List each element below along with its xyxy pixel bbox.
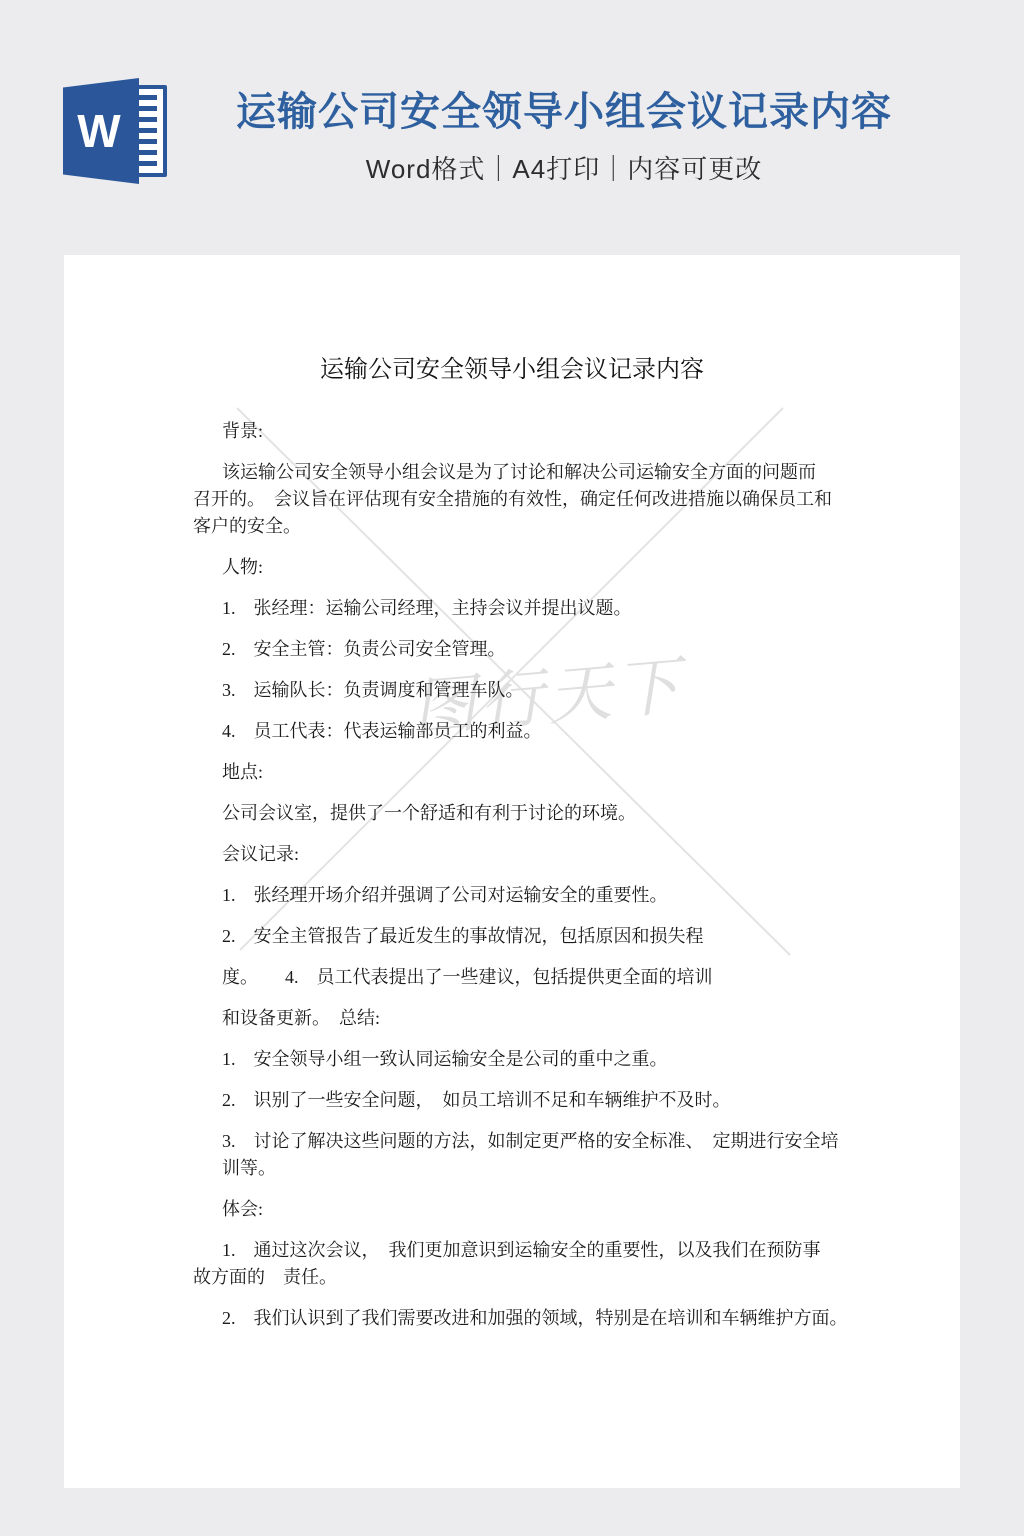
- paragraph-block: 2. 识别了一些安全问题， 如员工培训不足和车辆维护不及时。: [193, 1087, 830, 1114]
- doc-text-line: 3. 讨论了解决这些问题的方法，如制定更严格的安全标准、 定期进行安全培: [193, 1128, 830, 1155]
- doc-text-line: 1. 张经理开场介绍并强调了公司对运输安全的重要性。: [193, 882, 830, 909]
- paragraph-block: 公司会议室，提供了一个舒适和有利于讨论的环境。: [193, 800, 830, 827]
- header-text-block: 运输公司安全领导小组会议记录内容 Word格式｜A4打印｜内容可更改: [104, 88, 1024, 186]
- paragraph-block: 1. 通过这次会议， 我们更加意识到运输安全的重要性，以及我们在预防事故方面的 …: [193, 1237, 830, 1291]
- paragraph-block: 1. 安全领导小组一致认同运输安全是公司的重中之重。: [193, 1046, 830, 1073]
- doc-text-line: 1. 安全领导小组一致认同运输安全是公司的重中之重。: [193, 1046, 830, 1073]
- paragraph-block: 4. 员工代表：代表运输部员工的利益。: [193, 718, 830, 745]
- paragraph-block: 度。 4. 员工代表提出了一些建议，包括提供更全面的培训: [193, 964, 830, 991]
- page-subtitle: Word格式｜A4打印｜内容可更改: [104, 149, 1024, 186]
- page-title: 运输公司安全领导小组会议记录内容: [104, 88, 1024, 136]
- document-title: 运输公司安全领导小组会议记录内容: [64, 355, 960, 385]
- paragraph-block: 2. 我们认识到了我们需要改进和加强的领域，特别是在培训和车辆维护方面。: [193, 1305, 830, 1332]
- doc-text-line: 故方面的 责任。: [193, 1264, 830, 1291]
- doc-text-line: 和设备更新。 总结:: [193, 1005, 830, 1032]
- paragraph-block: 人物:: [193, 554, 830, 581]
- paragraph-block: 3. 讨论了解决这些问题的方法，如制定更严格的安全标准、 定期进行安全培训等。: [193, 1128, 830, 1182]
- paragraph-block: 1. 张经理：运输公司经理，主持会议并提出议题。: [193, 595, 830, 622]
- document-page: 图行天下 运输公司安全领导小组会议记录内容 背景:该运输公司安全领导小组会议是为…: [64, 255, 960, 1488]
- doc-text-line: 2. 安全主管：负责公司安全管理。: [193, 636, 830, 663]
- paragraph-block: 体会:: [193, 1196, 830, 1223]
- doc-text-line: 1. 张经理：运输公司经理，主持会议并提出议题。: [193, 595, 830, 622]
- doc-text-line: 背景:: [193, 418, 830, 445]
- paragraph-block: 和设备更新。 总结:: [193, 1005, 830, 1032]
- doc-text-line: 客户的安全。: [193, 513, 830, 540]
- paragraph-block: 3. 运输队长：负责调度和管理车队。: [193, 677, 830, 704]
- paragraph-block: 2. 安全主管报告了最近发生的事故情况，包括原因和损失程: [193, 923, 830, 950]
- doc-text-line: 召开的。 会议旨在评估现有安全措施的有效性，确定任何改进措施以确保员工和: [193, 486, 830, 513]
- paragraph-block: 1. 张经理开场介绍并强调了公司对运输安全的重要性。: [193, 882, 830, 909]
- doc-text-line: 2. 识别了一些安全问题， 如员工培训不足和车辆维护不及时。: [193, 1087, 830, 1114]
- doc-text-line: 4. 员工代表：代表运输部员工的利益。: [193, 718, 830, 745]
- doc-text-line: 人物:: [193, 554, 830, 581]
- doc-text-line: 1. 通过这次会议， 我们更加意识到运输安全的重要性，以及我们在预防事: [193, 1237, 830, 1264]
- paragraph-block: 地点:: [193, 759, 830, 786]
- doc-text-line: 2. 我们认识到了我们需要改进和加强的领域，特别是在培训和车辆维护方面。: [193, 1305, 830, 1332]
- paragraph-block: 该运输公司安全领导小组会议是为了讨论和解决公司运输安全方面的问题而召开的。 会议…: [193, 459, 830, 540]
- doc-text-line: 该运输公司安全领导小组会议是为了讨论和解决公司运输安全方面的问题而: [193, 459, 830, 486]
- paragraph-block: 2. 安全主管：负责公司安全管理。: [193, 636, 830, 663]
- doc-text-line: 训等。: [193, 1155, 830, 1182]
- paragraph-block: 背景:: [193, 418, 830, 445]
- doc-text-line: 公司会议室，提供了一个舒适和有利于讨论的环境。: [193, 800, 830, 827]
- app-header: W 运输公司安全领导小组会议记录内容 Word格式｜A4打印｜内容可更改: [0, 0, 1024, 230]
- doc-text-line: 地点:: [193, 759, 830, 786]
- paragraph-block: 会议记录:: [193, 841, 830, 868]
- doc-text-line: 3. 运输队长：负责调度和管理车队。: [193, 677, 830, 704]
- doc-text-line: 体会:: [193, 1196, 830, 1223]
- doc-text-line: 会议记录:: [193, 841, 830, 868]
- doc-body: 背景:该运输公司安全领导小组会议是为了讨论和解决公司运输安全方面的问题而召开的。…: [193, 418, 830, 1332]
- doc-text-line: 度。 4. 员工代表提出了一些建议，包括提供更全面的培训: [193, 964, 830, 991]
- doc-text-line: 2. 安全主管报告了最近发生的事故情况，包括原因和损失程: [193, 923, 830, 950]
